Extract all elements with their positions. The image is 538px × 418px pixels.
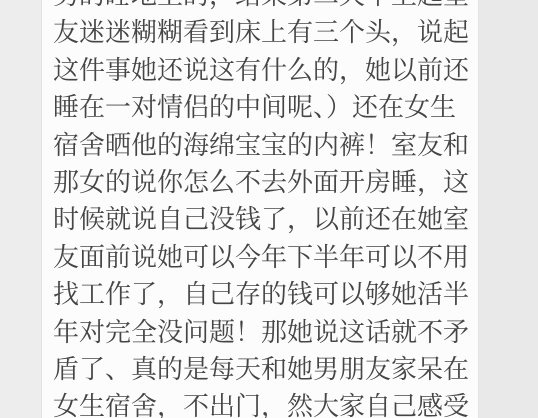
text-line: 这件事她还说这有什么的，她以前还 <box>53 52 469 89</box>
text-line: 宿舍晒他的海绵宝宝的内裤！室友和 <box>53 127 469 164</box>
text-line: 时候就说自己没钱了，以前还在她室 <box>53 201 469 238</box>
text-line: 年对完全没问题！那她说这话就不矛 <box>53 314 469 351</box>
text-page: 男的睡地上的，结果第二天早上起室 友迷迷糊糊看到床上有三个头，说起 这件事她还说… <box>42 0 478 418</box>
text-line: 睡在一对情侣的中间呢、）还在女生 <box>53 89 469 126</box>
screenshot-root: 男的睡地上的，结果第二天早上起室 友迷迷糊糊看到床上有三个头，说起 这件事她还说… <box>0 0 538 418</box>
text-line: 女生宿舍，不出门，然大家自己感受 <box>53 388 469 418</box>
text-line: 友面前说她可以今年下半年可以不用 <box>53 239 469 276</box>
right-margin <box>478 0 538 418</box>
text-line: 找工作了，自己存的钱可以够她活半 <box>53 276 469 313</box>
post-text: 男的睡地上的，结果第二天早上起室 友迷迷糊糊看到床上有三个头，说起 这件事她还说… <box>53 0 469 418</box>
text-line: 盾了、真的是每天和她男朋友家呆在 <box>53 351 469 388</box>
text-line: 男的睡地上的，结果第二天早上起室 <box>53 0 469 14</box>
text-line: 友迷迷糊糊看到床上有三个头，说起 <box>53 14 469 51</box>
text-line: 那女的说你怎么不去外面开房睡，这 <box>53 164 469 201</box>
left-margin <box>0 0 42 418</box>
